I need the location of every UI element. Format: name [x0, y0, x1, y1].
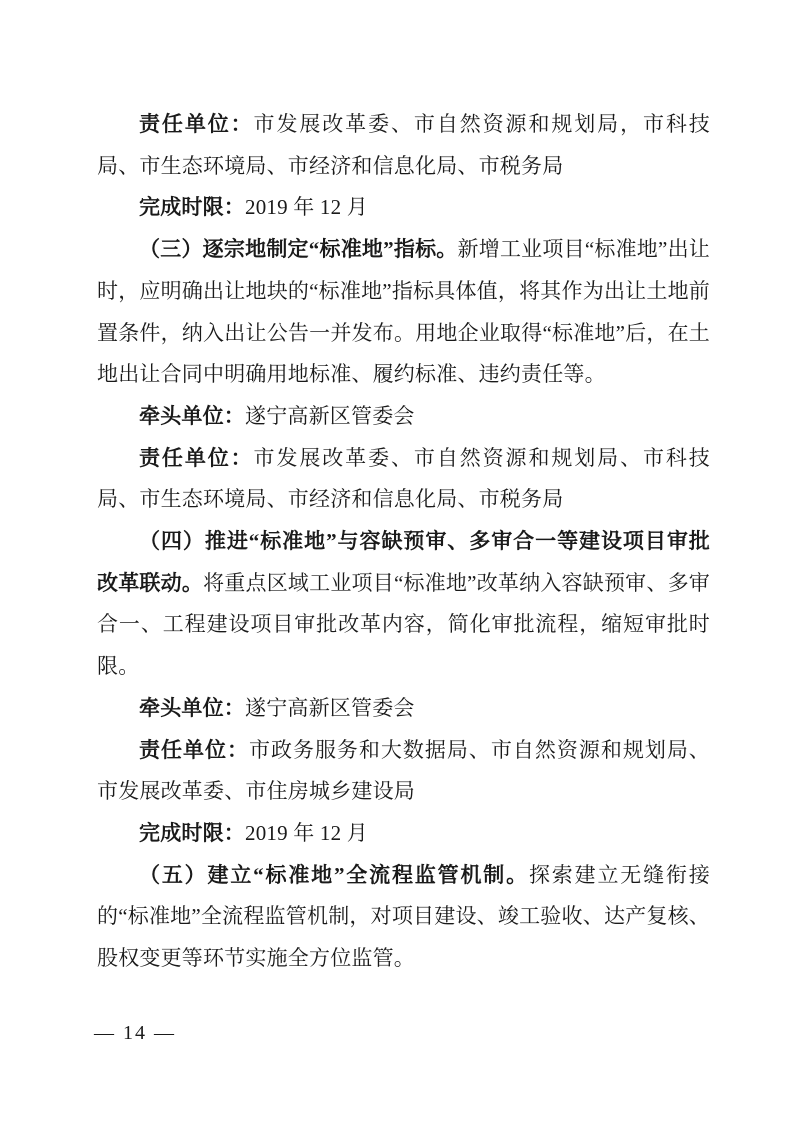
- paragraph-responsible-units: 责任单位：市发展改革委、市自然资源和规划局、市科技局、市生态环境局、市经济和信息…: [97, 438, 710, 521]
- deadline-label: 完成时限：: [139, 196, 245, 219]
- lead-unit-text: 遂宁高新区管委会: [245, 696, 415, 720]
- deadline-text: 2019 年 12 月: [245, 195, 368, 219]
- lead-unit-label: 牵头单位：: [139, 697, 245, 720]
- paragraph-lead-unit: 牵头单位：遂宁高新区管委会: [97, 396, 710, 438]
- page-number: — 14 —: [94, 1022, 176, 1045]
- paragraph-section-4: （四）推进“标准地”与容缺预审、多审合一等建设项目审批改革联动。将重点区域工业项…: [97, 521, 710, 688]
- paragraph-deadline: 完成时限：2019 年 12 月: [97, 187, 710, 229]
- responsible-units-label: 责任单位：: [139, 447, 254, 470]
- responsible-units-label: 责任单位：: [139, 113, 254, 136]
- paragraph-deadline: 完成时限：2019 年 12 月: [97, 813, 710, 855]
- paragraph-section-5: （五）建立“标准地”全流程监管机制。探索建立无缝衔接的“标准地”全流程监管机制，…: [97, 855, 710, 980]
- lead-unit-label: 牵头单位：: [139, 405, 245, 428]
- lead-unit-text: 遂宁高新区管委会: [245, 404, 415, 428]
- deadline-text: 2019 年 12 月: [245, 821, 368, 845]
- section-3-heading: （三）逐宗地制定“标准地”指标。: [139, 237, 458, 261]
- paragraph-section-3: （三）逐宗地制定“标准地”指标。新增工业项目“标准地”出让时，应明确出让地块的“…: [97, 229, 710, 396]
- paragraph-responsible-units: 责任单位：市政务服务和大数据局、市自然资源和规划局、市发展改革委、市住房城乡建设…: [97, 730, 710, 813]
- document-body: 责任单位：市发展改革委、市自然资源和规划局，市科技局、市生态环境局、市经济和信息…: [97, 104, 710, 980]
- paragraph-responsible-units: 责任单位：市发展改革委、市自然资源和规划局，市科技局、市生态环境局、市经济和信息…: [97, 104, 710, 187]
- section-5-heading: （五）建立“标准地”全流程监管机制。: [139, 863, 529, 887]
- document-page: 责任单位：市发展改革委、市自然资源和规划局，市科技局、市生态环境局、市经济和信息…: [0, 0, 793, 1122]
- deadline-label: 完成时限：: [139, 822, 245, 845]
- responsible-units-label: 责任单位：: [139, 739, 249, 762]
- paragraph-lead-unit: 牵头单位：遂宁高新区管委会: [97, 688, 710, 730]
